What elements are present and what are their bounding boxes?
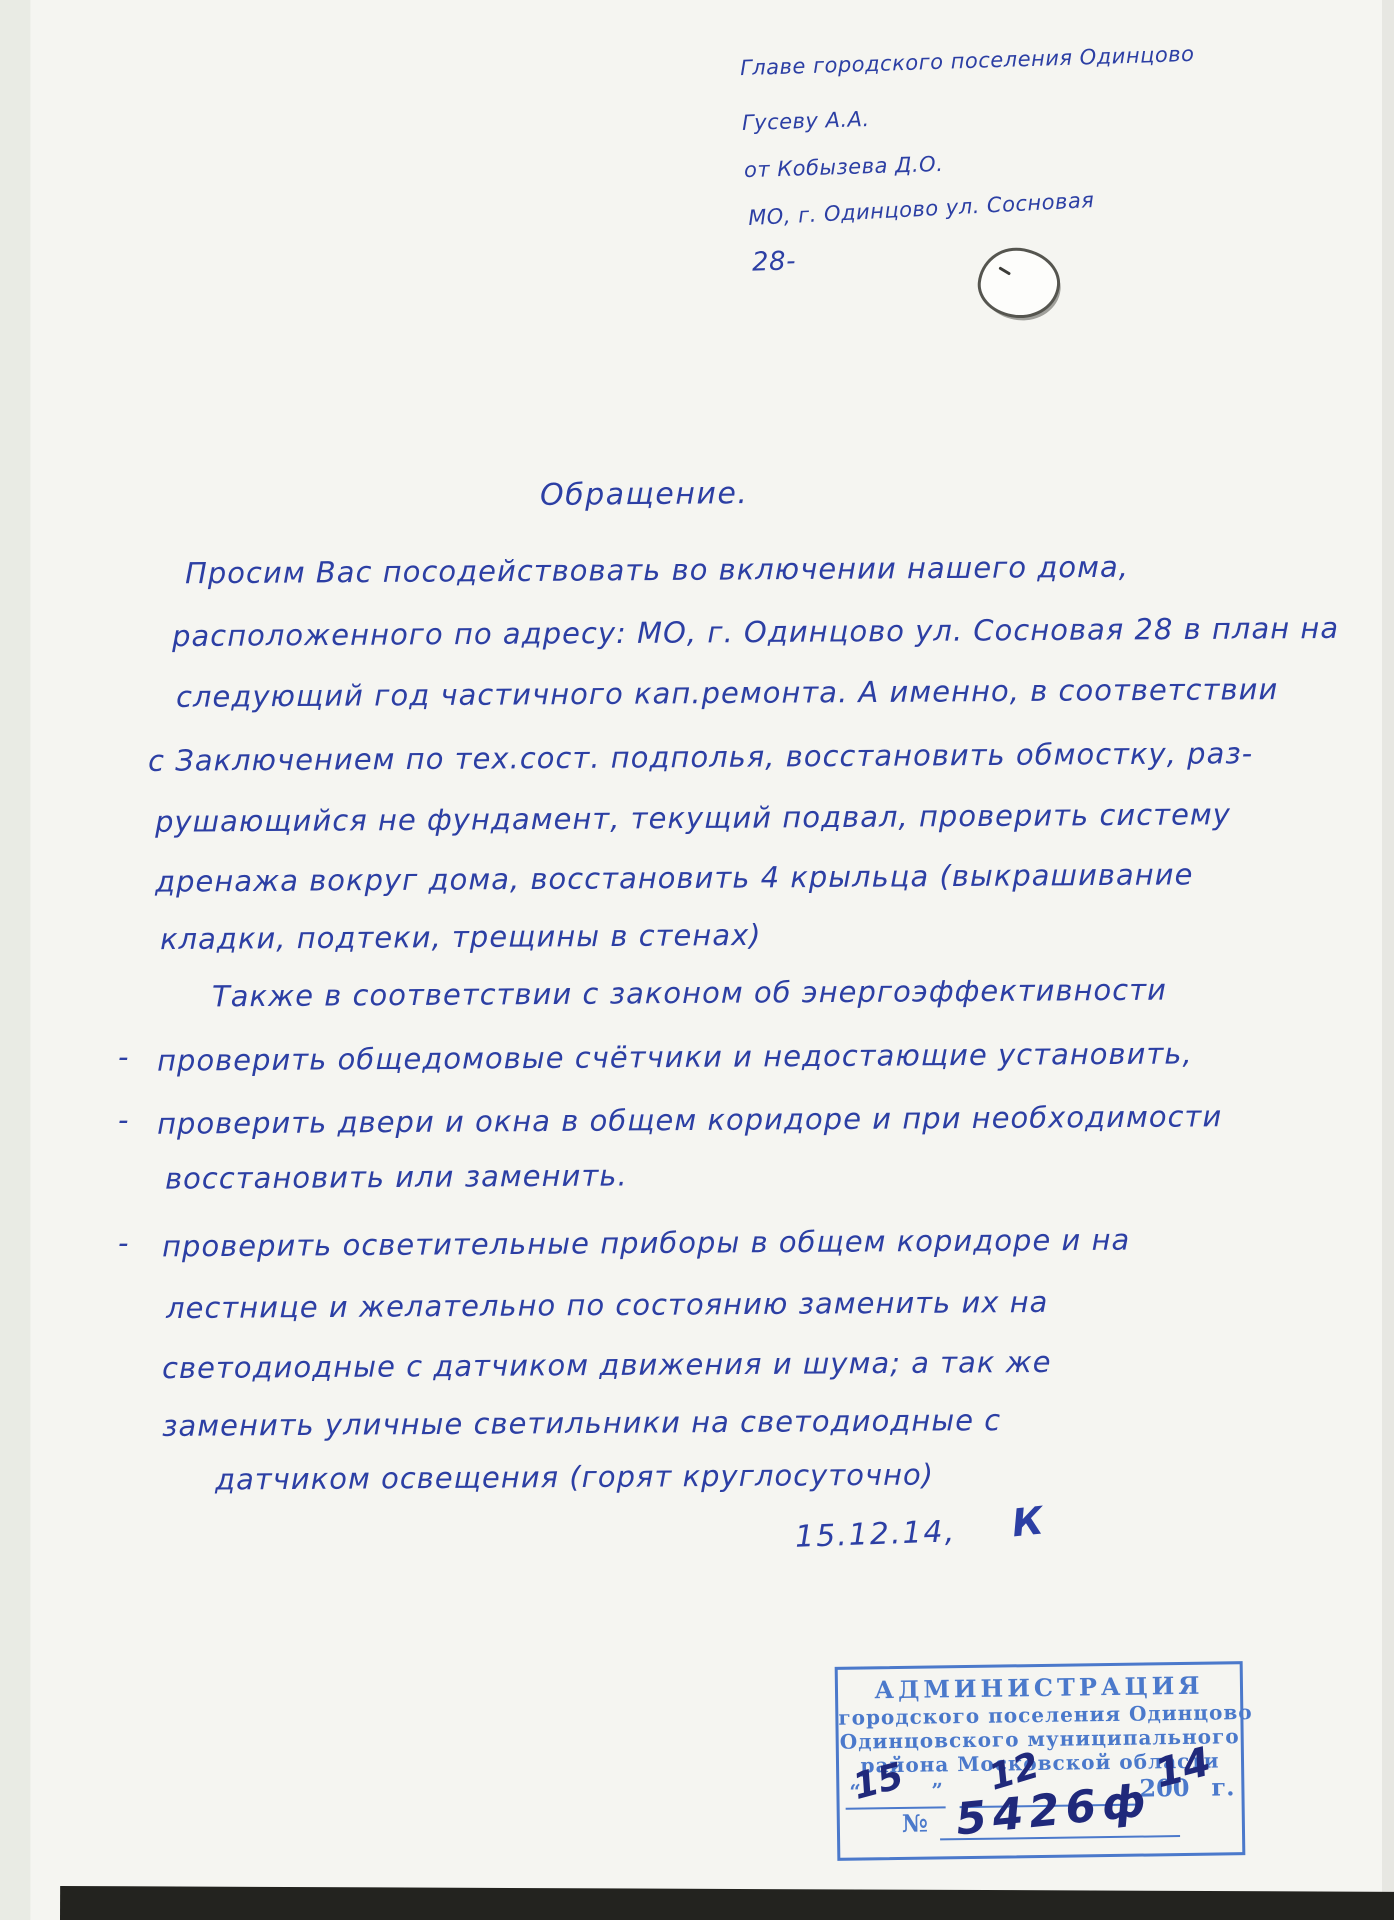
body-line: светодиодные с датчиком движения и шума;… <box>162 1347 1052 1385</box>
body-line: лестнице и желательно по состоянию замен… <box>166 1287 1049 1325</box>
date: 15.12.14, <box>794 1515 956 1554</box>
header-recipient-line: Главе городского поселения Одинцово <box>740 43 1195 80</box>
bullet-dash: - <box>118 1105 128 1137</box>
scan-edge-right <box>1382 0 1394 1920</box>
scanned-letter-page: Главе городского поселения Одинцово Гусе… <box>0 0 1394 1920</box>
body-line: проверить осветительные приборы в общем … <box>162 1225 1130 1264</box>
body-line: проверить общедомовые счётчики и недоста… <box>157 1038 1193 1077</box>
header-address-line: МО, г. Одинцово ул. Сосновая <box>748 189 1095 230</box>
body-line: рушающийся не фундамент, текущий подвал,… <box>155 799 1231 838</box>
stamp-org-name: АДМИНИСТРАЦИЯ <box>838 1670 1240 1705</box>
administration-stamp: АДМИНИСТРАЦИЯ городского поселения Одинц… <box>835 1661 1246 1861</box>
header-recipient-name: Гусеву А.А. <box>742 108 870 135</box>
body-line: проверить двери и окна в общем коридоре … <box>157 1101 1222 1140</box>
stamp-quote-close: ” <box>931 1778 943 1802</box>
body-line: датчиком освещения (горят круглосуточно) <box>215 1459 934 1496</box>
signature: К <box>1010 1500 1045 1545</box>
bullet-dash: - <box>118 1228 128 1260</box>
body-line: с Заключением по тех.сост. подполья, вос… <box>148 738 1253 778</box>
body-line: следующий год частичного кап.ремонта. А … <box>176 674 1278 714</box>
scan-edge-bottom <box>60 1886 1394 1920</box>
bullet-dash: - <box>118 1042 128 1074</box>
header-sender-line: от Кобызева Д.О. <box>744 153 944 182</box>
body-line: Также в соответствии с законом об энерго… <box>212 975 1167 1014</box>
body-line: дренажа вокруг дома, восстановить 4 крыл… <box>155 859 1194 898</box>
body-line: заменить уличные светильники на светодио… <box>162 1405 1001 1443</box>
stamp-year-suffix: г. <box>1211 1772 1234 1801</box>
stamp-number-label: № <box>902 1809 928 1838</box>
body-line: Просим Вас посодействовать во включении … <box>185 552 1129 590</box>
header-house-number: 28- <box>752 247 797 277</box>
redaction-blob <box>975 244 1064 322</box>
scan-edge-left <box>0 0 31 1920</box>
body-line: кладки, подтеки, трещины в стенах) <box>160 920 762 956</box>
body-line: восстановить или заменить. <box>165 1160 628 1195</box>
body-line: расположенного по адресу: МО, г. Одинцов… <box>172 613 1339 653</box>
page-title: Обращение. <box>540 477 749 512</box>
